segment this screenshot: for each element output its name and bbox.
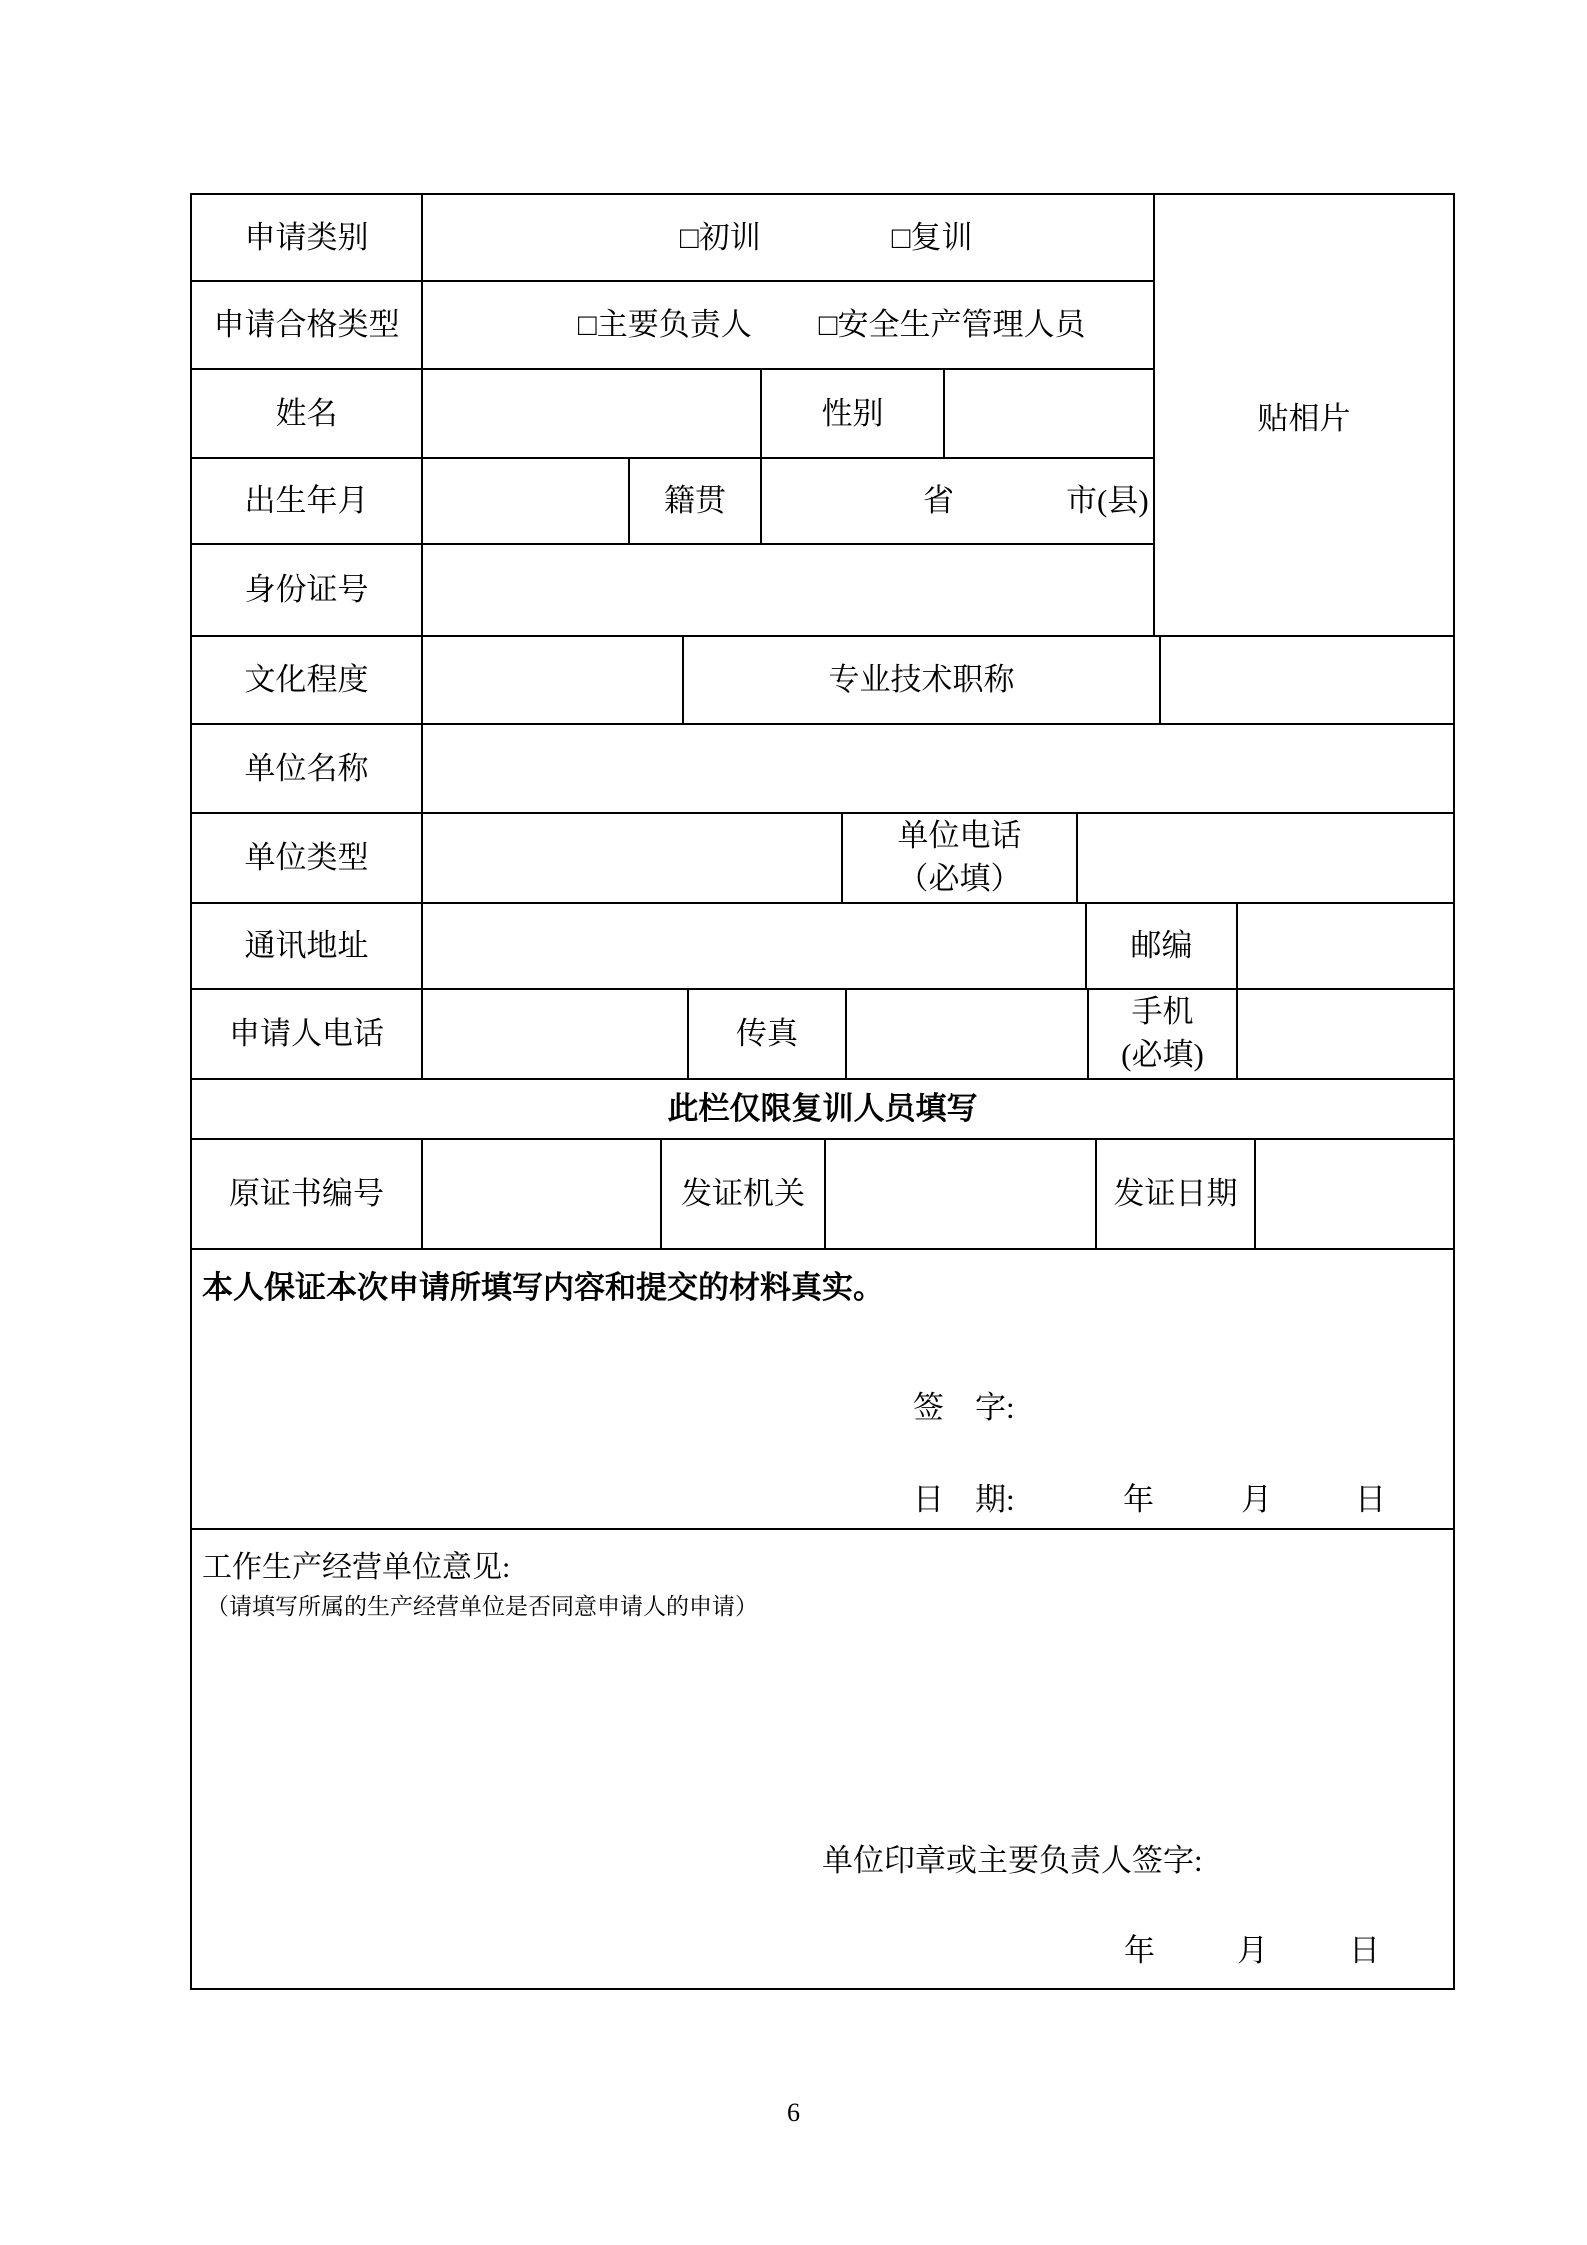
qual-type-options: □主要负责人 □安全生产管理人员 [423,282,1153,368]
declaration-sign-label: 签 字: [913,1382,1015,1427]
row-address: 通讯地址 邮编 [192,904,1453,990]
tech-title-label: 专业技术职称 [684,637,1161,723]
unit-name-label: 单位名称 [192,725,423,812]
row-unit-type: 单位类型 单位电话 （必填） [192,814,1453,904]
name-input-cell[interactable] [423,370,762,457]
unit-opinion-year-label: 年 [1124,1925,1155,1970]
education-input-cell[interactable] [423,637,684,723]
id-number-label: 身份证号 [192,545,423,635]
zip-label: 邮编 [1087,904,1238,988]
declaration-date-label: 日 期: [913,1474,1015,1519]
category-options: □初训 □复训 [423,195,1153,280]
city-county-suffix: 市(县) [1066,480,1149,522]
unit-phone-label-line1: 单位电话 [898,815,1022,858]
declaration-month-label: 月 [1241,1474,1272,1519]
row-unit-opinion: 工作生产经营单位意见: （请填写所属的生产经营单位是否同意申请人的申请） 单位印… [192,1530,1453,1988]
form-page: { "document": { "photo_label": "贴相片", "p… [0,0,1587,2245]
photo-label: 贴相片 [1258,393,1351,438]
unit-phone-label: 单位电话 （必填） [843,814,1078,902]
row-id-number: 身份证号 [192,545,1153,637]
fax-label: 传真 [689,990,847,1078]
checkbox-safety-manager[interactable]: □安全生产管理人员 [819,304,1086,346]
address-label: 通讯地址 [192,904,423,988]
row-name: 姓名 性别 [192,370,1153,459]
unit-opinion-month-label: 月 [1237,1925,1268,1970]
issuer-input-cell[interactable] [826,1140,1097,1248]
application-form-table: 贴相片 申请类别 □初训 □复训 申请合格类型 □主要负责人 □安全生产管理人员… [190,193,1455,1990]
id-number-input-cell[interactable] [423,545,1153,635]
category-label: 申请类别 [192,195,423,280]
gender-input-cell[interactable] [945,370,1153,457]
address-input-cell[interactable] [423,904,1087,988]
mobile-label-line2: (必填) [1121,1034,1204,1077]
birth-label: 出生年月 [192,459,423,543]
row-category: 申请类别 □初训 □复训 [192,195,1153,282]
unit-name-input-cell[interactable] [423,725,1453,812]
row-phone: 申请人电话 传真 手机 (必填) [192,990,1453,1080]
unit-phone-input-cell[interactable] [1078,814,1453,902]
province-suffix: 省 [923,480,954,522]
issue-date-input-cell[interactable] [1256,1140,1453,1248]
native-place-input-cell[interactable]: 省 市(县) [762,459,1153,543]
unit-opinion-title: 工作生产经营单位意见: [202,1542,510,1586]
page-number: 6 [0,2098,1587,2128]
old-cert-label: 原证书编号 [192,1140,423,1248]
unit-opinion-day-label: 日 [1349,1925,1380,1970]
issue-date-label: 发证日期 [1097,1140,1256,1248]
issuer-label: 发证机关 [662,1140,826,1248]
native-place-label: 籍贯 [630,459,762,543]
name-label: 姓名 [192,370,423,457]
birth-input-cell[interactable] [423,459,630,543]
row-qual-type: 申请合格类型 □主要负责人 □安全生产管理人员 [192,282,1153,370]
photo-paste-area: 贴相片 [1153,195,1453,637]
mobile-input-cell[interactable] [1238,990,1453,1078]
fax-input-cell[interactable] [847,990,1089,1078]
declaration-day-label: 日 [1355,1474,1386,1519]
phone-input-cell[interactable] [423,990,689,1078]
unit-type-input-cell[interactable] [423,814,843,902]
old-cert-input-cell[interactable] [423,1140,662,1248]
unit-opinion-note: （请填写所属的生产经营单位是否同意申请人的申请） [206,1588,758,1621]
qual-type-label: 申请合格类型 [192,282,423,368]
row-birth: 出生年月 籍贯 省 市(县) [192,459,1153,545]
checkbox-principal[interactable]: □主要负责人 [578,304,752,346]
mobile-label: 手机 (必填) [1089,990,1238,1078]
zip-input-cell[interactable] [1238,904,1453,988]
checkbox-initial-training[interactable]: □初训 [680,217,761,259]
retrain-header: 此栏仅限复训人员填写 [192,1080,1453,1138]
education-label: 文化程度 [192,637,423,723]
mobile-label-line1: 手机 [1132,991,1194,1034]
unit-opinion-sign-label: 单位印章或主要负责人签字: [822,1835,1203,1880]
unit-type-label: 单位类型 [192,814,423,902]
row-education: 文化程度 专业技术职称 [192,637,1453,725]
row-declaration: 本人保证本次申请所填写内容和提交的材料真实。 签 字: 日 期: 年 月 日 [192,1250,1453,1530]
row-retrain-header: 此栏仅限复训人员填写 [192,1080,1453,1140]
unit-phone-label-line2: （必填） [898,858,1022,901]
row-old-cert: 原证书编号 发证机关 发证日期 [192,1140,1453,1250]
phone-label: 申请人电话 [192,990,423,1078]
gender-label: 性别 [762,370,945,457]
row-unit-name: 单位名称 [192,725,1453,814]
declaration-year-label: 年 [1123,1474,1154,1519]
tech-title-input-cell[interactable] [1161,637,1453,723]
declaration-statement: 本人保证本次申请所填写内容和提交的材料真实。 [202,1262,884,1307]
checkbox-retraining[interactable]: □复训 [892,217,973,259]
